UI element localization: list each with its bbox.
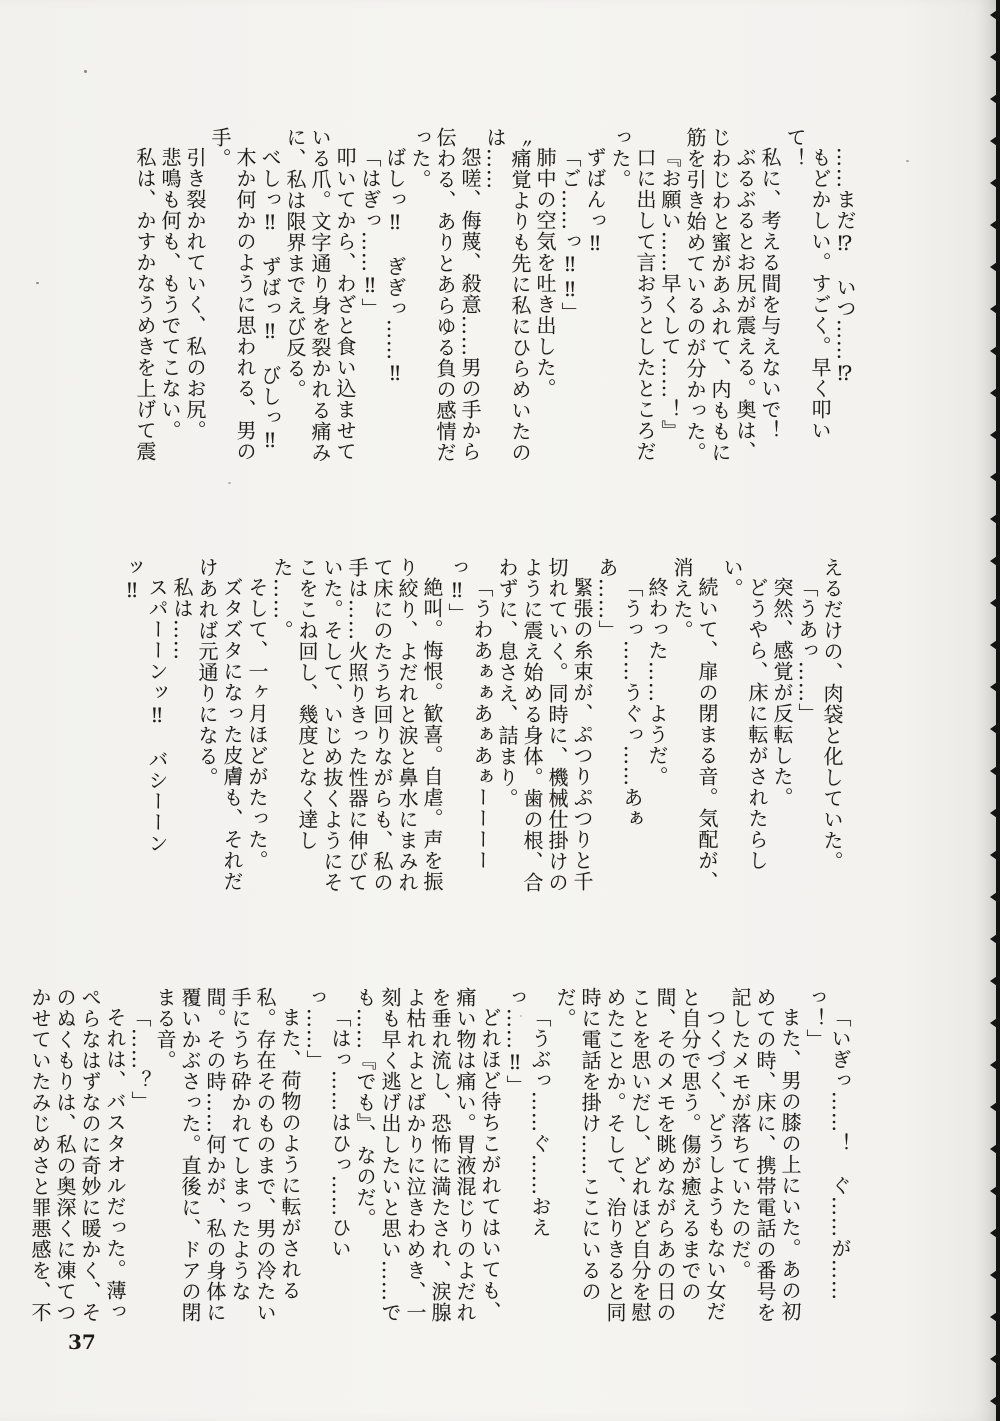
paragraph: どれほど待ちこがれてはいても、痛い物は痛い。胃液混じりのよだれを垂れ流し、恐怖に…: [352, 987, 502, 1327]
paragraph: えるだけの、肉袋と化していた。: [819, 557, 844, 897]
paragraph: 「ご……っ‼‼」: [557, 127, 582, 467]
paragraph: 怨嗟、侮蔑、殺意……男の手から伝わる、ありとあらゆる負の感情だった。: [407, 127, 482, 467]
paragraph: 続いて、扉の閉まる音。気配が、消えた。: [669, 557, 719, 897]
scan-speck: [906, 160, 909, 162]
paragraph: 絶叫。悔恨。歓喜。自虐。声を振り絞り、よだれと涙と鼻水にまみれて床にのたうち回り…: [269, 557, 444, 897]
scan-speck: [520, 1015, 522, 1017]
paragraph: ぶるぶるとお尻が震える。奥は、じわじわと蜜があふれて、内ももに筋を引き始めている…: [682, 127, 757, 467]
paragraph: べしっ‼ ずばっ‼ びしっ‼: [257, 127, 282, 467]
paragraph: 緊張の糸束が、ぷつりぷつりと千切れていく。同時に、機械仕掛けのように震え始める身…: [494, 557, 594, 897]
paragraph: 「うわあぁぁあぁあぁーーーーっ‼」: [444, 557, 494, 897]
paragraph: つくづく、どうしようもない女だと自分で思う。傷が癒えるまでの間、そのメモを眺めな…: [552, 987, 727, 1327]
paragraph: スパーーンッ‼ バシーーンッ‼: [119, 557, 169, 897]
paragraph: 私は……: [169, 557, 194, 897]
paragraph: 「はぎっ……‼」: [357, 127, 382, 467]
paragraph: 「……？」: [127, 987, 152, 1327]
paragraph: 木か何かのように思われる、男の手。: [207, 127, 257, 467]
scan-speck: [36, 282, 39, 284]
paragraph: 「うっ……うぐっ……あぁあ……」: [594, 557, 644, 897]
paragraph: 悲鳴も何も、もうでてこない。: [157, 127, 182, 467]
paragraph: 引き裂かれていく、私のお尻。: [182, 127, 207, 467]
paragraph: 「はっ……はひっ……ひいっ……」: [302, 987, 352, 1327]
paragraph: 『お願い……早くして……！』: [657, 127, 682, 467]
text-block-bottom: 「いぎっ……！ ぐ……が……っ！」 また、男の膝の上にいた。あの初めての時、床に…: [27, 987, 852, 1327]
paragraph: 「いぎっ……！ ぐ……が……っ！」: [802, 987, 852, 1327]
paragraph: ズタズタになった皮膚も、それだけあれば元通りになる。: [194, 557, 244, 897]
paragraph: 〝痛覚よりも先に私にひらめいたのは……: [482, 127, 532, 467]
page-number: 37: [68, 1330, 96, 1354]
scan-speck: [150, 189, 152, 191]
text-block-middle: えるだけの、肉袋と化していた。 「うあっ……」 突然、感覚が反転した。 どうやら…: [119, 557, 844, 897]
paragraph: もどかしい。すごく。早く叩いて！: [782, 127, 832, 467]
paragraph: 「うぶっ……ぐ……おえっ……‼」: [502, 987, 552, 1327]
paragraph: 突然、感覚が反転した。: [769, 557, 794, 897]
text-block-top: ……まだ⁉ いつ……⁉ もどかしい。すごく。早く叩いて！ 私に、考える間を与えな…: [132, 127, 857, 467]
paragraph: ばしっ‼ ぎぎっ……‼: [382, 127, 407, 467]
binding-edge: [986, 0, 1000, 1421]
paragraph: どうやら、床に転がされたらしい。: [719, 557, 769, 897]
paragraph: 「うあっ……」: [794, 557, 819, 897]
paragraph: 叩いてから、わざと食い込ませている爪。文字通り身を裂かれる痛みに、私は限界までえ…: [282, 127, 357, 467]
paragraph: 終わった……ようだ。: [644, 557, 669, 897]
paragraph: それは、バスタオルだった。薄っぺらなはずなのに奇妙に暖かく、そのぬくもりは、私の…: [27, 987, 127, 1327]
scanned-page: ……まだ⁉ いつ……⁉ もどかしい。すごく。早く叩いて！ 私に、考える間を与えな…: [0, 0, 1000, 1421]
paragraph: そして、一ヶ月ほどがたった。: [244, 557, 269, 897]
paragraph: 私に、考える間を与えないで！: [757, 127, 782, 467]
scan-speck: [228, 482, 231, 484]
paragraph: 私は、かすかなうめきを上げて震: [132, 127, 157, 467]
scan-speck: [428, 888, 431, 890]
scan-speck: [84, 70, 87, 73]
paragraph: ずばんっ‼: [582, 127, 607, 467]
paragraph: ……まだ⁉ いつ……⁉: [832, 127, 857, 467]
paragraph: 肺中の空気を吐き出した。: [532, 127, 557, 467]
paragraph: また、男の膝の上にいた。あの初めての時、床に、携帯電話の番号を記したメモが落ちて…: [727, 987, 802, 1327]
paragraph: 口に出して言おうとしたところだった。: [607, 127, 657, 467]
paragraph: また、荷物のように転がされる私。存在そのものまで、男の冷たい手にうち砕かれてしま…: [152, 987, 302, 1327]
